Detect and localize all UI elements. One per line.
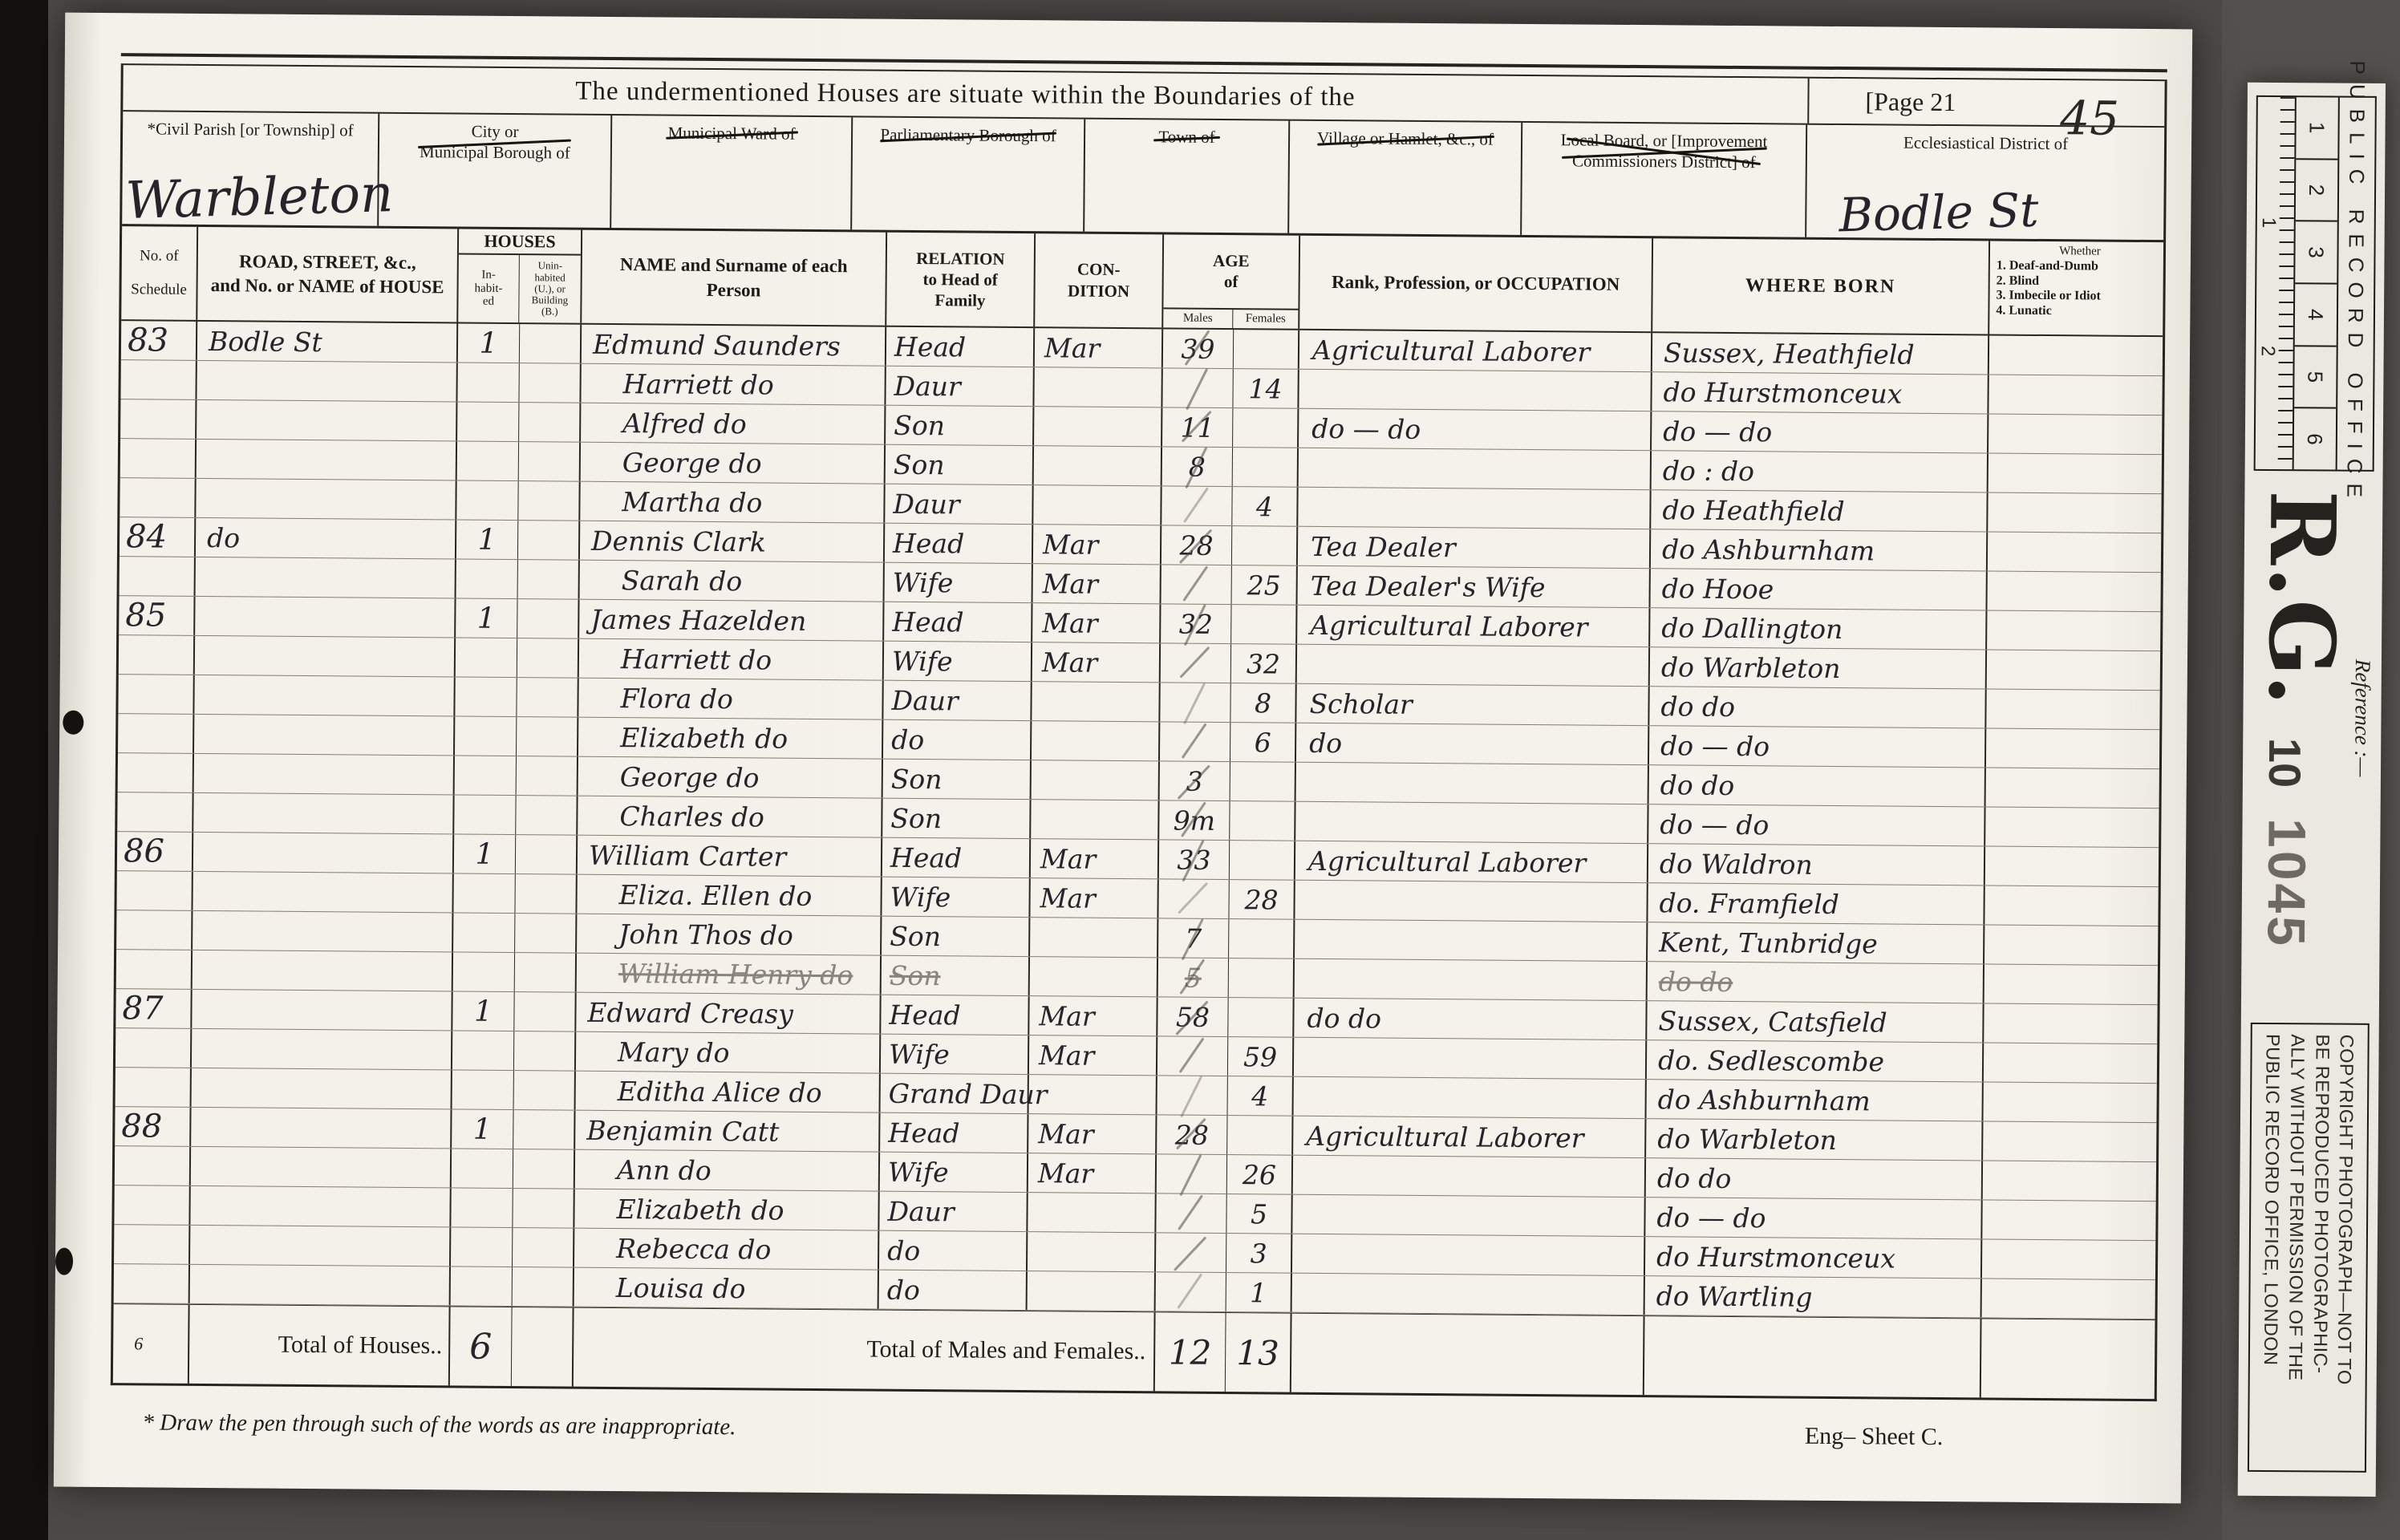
infirmity: [1983, 1082, 2156, 1122]
houses-uninhabited: [517, 717, 578, 756]
age-female: 4: [1232, 487, 1298, 526]
condition: [1029, 1075, 1157, 1114]
occupation: [1298, 488, 1651, 529]
houses-uninhabited: [519, 442, 581, 481]
condition: Mar: [1029, 1035, 1157, 1075]
col-header-condition: CON- DITION: [1035, 233, 1164, 327]
person-name: Harriett do: [579, 639, 884, 680]
schedule-number: [114, 1225, 190, 1264]
condition: [1034, 407, 1162, 446]
schedule-number: [120, 439, 197, 478]
schedule-number: [120, 478, 196, 517]
entries: 83 Bodle St 1 Edmund Saunders Head Mar 3…: [114, 321, 2163, 1319]
age-female: 28: [1229, 880, 1295, 919]
condition: Mar: [1033, 564, 1161, 603]
age-male: 28: [1157, 1115, 1227, 1154]
houses-inhabited: [451, 1188, 513, 1227]
where-born: do do: [1649, 687, 1986, 727]
houses-inhabited: [454, 795, 516, 834]
col-header-schedule: No. of Schedule: [121, 226, 198, 320]
condition: Mar: [1033, 525, 1161, 564]
occupation: [1296, 763, 1649, 804]
infirmity: [1987, 650, 2160, 690]
houses-uninhabited: [514, 1071, 576, 1110]
road-name: [194, 754, 455, 795]
condition: [1032, 760, 1160, 800]
houses-uninhabited: [516, 796, 578, 835]
age-female: [1232, 526, 1298, 565]
schedule-number: [120, 557, 196, 596]
condition: [1032, 682, 1160, 721]
total-females-value: 13: [1226, 1313, 1292, 1392]
houses-uninhabited: [515, 874, 577, 914]
condition: [1030, 957, 1158, 996]
houses-uninhabited: [513, 1110, 575, 1149]
relation: do: [883, 720, 1032, 760]
where-born: do — do: [1652, 411, 1989, 452]
condition: Mar: [1032, 642, 1161, 682]
age-female: 32: [1231, 644, 1297, 683]
relation: do: [879, 1231, 1028, 1270]
age-female: 25: [1232, 565, 1298, 605]
infirmity: [1982, 1239, 2155, 1279]
age-male: 9m: [1159, 800, 1230, 840]
relation: Head: [885, 524, 1033, 563]
infirmity: [1987, 610, 2160, 650]
age-female: [1233, 448, 1299, 487]
age-male: [1156, 1193, 1226, 1233]
age-female: 14: [1233, 369, 1299, 408]
houses-inhabited: [453, 952, 515, 991]
person-name: Dennis Clark: [580, 521, 885, 562]
schedule-number: [119, 635, 195, 675]
person-name: Eliza. Ellen do: [577, 875, 882, 916]
col-header-road: ROAD, STREET, &c., and No. or NAME of HO…: [197, 227, 459, 322]
age-female: 4: [1228, 1076, 1294, 1116]
relation: Son: [886, 445, 1034, 484]
occupation: [1295, 959, 1648, 1000]
where-born: do Ashburnham: [1651, 529, 1988, 570]
infirmity: [1985, 807, 2159, 847]
age-female: [1229, 919, 1295, 958]
where-born: do — do: [1648, 804, 1985, 845]
houses-inhabited: 1: [454, 834, 516, 873]
age-male: 11: [1162, 407, 1233, 447]
relation: Head: [886, 327, 1035, 367]
relation: Daur: [883, 681, 1032, 720]
houses-uninhabited: [515, 914, 577, 953]
road-name: [195, 636, 456, 677]
census-form: The undermentioned Houses are situate wi…: [110, 53, 2167, 1453]
road-name: [193, 911, 453, 952]
person-name: Elizabeth do: [574, 1189, 879, 1230]
field-town: Town of: [1084, 120, 1290, 233]
houses-inhabited: 1: [456, 520, 518, 559]
person-name: George do: [581, 443, 886, 484]
houses-inhabited: 1: [456, 598, 517, 638]
person-name: Edmund Saunders: [582, 325, 886, 366]
occupation: [1299, 370, 1652, 411]
occupation: [1299, 448, 1652, 489]
reference-item: 1045: [2256, 818, 2317, 949]
houses-inhabited: 1: [452, 991, 514, 1031]
condition: Mar: [1030, 878, 1158, 918]
age-male: [1157, 1036, 1228, 1076]
where-born: do Ashburnham: [1646, 1080, 1983, 1121]
schedule-number: [116, 950, 193, 989]
where-born: Sussex, Catsfield: [1647, 1001, 1984, 1042]
occupation: do — do: [1299, 409, 1652, 450]
footnote: * Draw the pen through such of the words…: [110, 1409, 736, 1441]
occupation: [1295, 802, 1648, 843]
total-males-females-label: Total of Males and Females..: [574, 1308, 1156, 1392]
age-male: [1161, 565, 1232, 604]
where-born: do Hurstmonceux: [1645, 1237, 1982, 1278]
infirmity: [1989, 414, 2162, 454]
occupation: Agricultural Laborer: [1295, 841, 1648, 882]
schedule-number: [118, 675, 194, 714]
infirmity: [1982, 1279, 2155, 1319]
condition: Mar: [1029, 996, 1157, 1035]
relation: Daur: [879, 1192, 1028, 1231]
schedule-number: 86: [117, 832, 193, 871]
occupation: [1295, 920, 1648, 961]
infirmity: [1987, 571, 2160, 611]
houses-uninhabited: [513, 1149, 575, 1189]
houses-uninhabited: [514, 992, 576, 1031]
road-name: do: [196, 518, 456, 559]
schedule-number: [118, 714, 194, 753]
houses-uninhabited: [513, 1228, 574, 1267]
col-header-inhabited: In- habit- ed: [458, 254, 520, 322]
houses-uninhabited: [517, 638, 579, 678]
age-male: 39: [1163, 329, 1234, 368]
where-born: do Wartling: [1645, 1276, 1982, 1317]
schedule-number: 83: [121, 321, 197, 360]
infirmity: [1985, 846, 2159, 886]
houses-inhabited: [457, 402, 519, 441]
relation: Son: [882, 917, 1030, 956]
occupation: do: [1296, 723, 1649, 764]
houses-inhabited: [452, 1149, 513, 1188]
ruler-ticks: 1 2: [2256, 97, 2295, 469]
field-local-board: Local Board, or [Improvement Commissione…: [1522, 123, 1807, 237]
houses-inhabited: [452, 1070, 514, 1109]
schedule-number: [114, 1185, 190, 1225]
road-name: [193, 793, 454, 834]
person-name: Rebecca do: [574, 1229, 879, 1270]
infirmity: [1984, 1043, 2157, 1083]
relation: Son: [886, 406, 1034, 445]
relation: Son: [882, 799, 1031, 838]
road-name: Bodle St: [197, 322, 458, 363]
occupation: [1292, 1234, 1645, 1275]
person-name: Flora do: [578, 679, 883, 719]
schedule-number: [117, 792, 193, 832]
age-female: [1231, 605, 1297, 644]
houses-inhabited: [451, 1227, 513, 1266]
condition: [1030, 918, 1158, 957]
page-number-box: [Page 21: [1807, 79, 2164, 126]
houses-inhabited: [453, 913, 515, 952]
houses-uninhabited: [514, 1031, 576, 1071]
houses-inhabited: [455, 716, 517, 756]
person-name: Charles do: [578, 796, 882, 837]
infirmity: [1986, 728, 2159, 768]
age-female: [1233, 408, 1299, 448]
relation: Daur: [885, 484, 1033, 524]
totals-margin-mark: 6: [113, 1304, 190, 1384]
infirmity: [1984, 964, 2158, 1004]
total-of-houses-label: Total of Houses..: [189, 1305, 451, 1386]
col-header-uninhabited: Unin- habited (U.), or Building (B.): [519, 255, 581, 323]
where-born: do Hurstmonceux: [1652, 372, 1989, 413]
condition: Mar: [1035, 328, 1163, 367]
age-male: 5: [1158, 958, 1229, 997]
person-name: Editha Alice do: [576, 1072, 881, 1112]
person-name: Mary do: [576, 1032, 881, 1073]
occupation: Tea Dealer's Wife: [1298, 566, 1651, 607]
age-female: 5: [1226, 1194, 1292, 1234]
houses-uninhabited: [515, 953, 577, 992]
road-name: [193, 833, 454, 873]
where-born: do Heathfield: [1651, 490, 1988, 531]
field-municipal-borough: City or Municipal Borough of: [379, 114, 612, 228]
schedule-number: 84: [120, 517, 196, 557]
infirmity: [1988, 532, 2161, 572]
person-name: William Henry do: [577, 954, 882, 995]
condition: [1028, 1193, 1156, 1232]
condition: Mar: [1032, 603, 1161, 642]
houses-inhabited: [457, 363, 519, 402]
col-header-houses: HOUSES In- habit- ed Unin- habited (U.),…: [458, 229, 582, 322]
schedule-number: [114, 1264, 190, 1303]
where-born: do do: [1649, 765, 1986, 806]
condition: [1034, 446, 1162, 485]
occupation: do do: [1294, 999, 1647, 1039]
person-name: John Thos do: [577, 914, 882, 955]
field-ecclesiastical-district: Ecclesiastical District of Bodle St: [1806, 125, 2164, 240]
infirmity: [1986, 768, 2159, 808]
occupation: [1294, 1038, 1647, 1079]
scan-artifact: [63, 711, 83, 735]
occupation: [1295, 881, 1648, 922]
relation: Daur: [886, 367, 1034, 406]
road-name: [193, 872, 453, 913]
occupation: Agricultural Laborer: [1293, 1116, 1646, 1157]
age-male: [1158, 879, 1229, 918]
where-born: Kent, Tunbridge: [1648, 922, 1984, 963]
age-male: [1160, 722, 1230, 761]
relation: Wife: [882, 877, 1030, 917]
road-name: [190, 1226, 451, 1266]
relation: Wife: [880, 1153, 1028, 1192]
condition: Mar: [1028, 1153, 1157, 1193]
infirmity: [1989, 375, 2162, 415]
houses-inhabited: 1: [458, 323, 520, 363]
col-header-males: Males: [1163, 309, 1233, 328]
relation: Head: [882, 838, 1031, 877]
pro-ruler: PUBLIC RECORD OFFICE 1 2 3 4 5 6 1 2: [2254, 95, 2377, 472]
infirmity: [1983, 1121, 2156, 1161]
col-header-infirmity: Whether 1. Deaf-and-Dumb 2. Blind 3. Imb…: [1989, 241, 2163, 335]
col-header-age: AGE of Males Females: [1163, 234, 1300, 328]
houses-uninhabited: [517, 678, 578, 717]
person-name: Harriett do: [581, 364, 886, 405]
age-female: 59: [1228, 1037, 1294, 1076]
copyright-notice: COPYRIGHT PHOTOGRAPH—NOT TO BE REPRODUCE…: [2248, 1023, 2370, 1473]
col-header-females: Females: [1233, 310, 1298, 329]
age-female: 1: [1226, 1273, 1292, 1312]
road-name: [190, 1186, 451, 1227]
total-males-value: 12: [1155, 1312, 1226, 1392]
houses-inhabited: 1: [452, 1109, 513, 1149]
road-name: [197, 440, 457, 480]
field-village-hamlet: Village or Hamlet, &c., of: [1289, 121, 1522, 235]
condition: Mar: [1031, 839, 1159, 878]
where-born: do Dallington: [1650, 608, 1987, 649]
occupation: Tea Dealer: [1298, 527, 1651, 568]
reference-series: R.G.: [2248, 490, 2355, 708]
person-name: Benjamin Catt: [575, 1111, 880, 1152]
age-male: [1161, 486, 1232, 525]
where-born: do. Sedlescombe: [1647, 1040, 1984, 1081]
houses-inhabited: [455, 756, 517, 795]
scan-artifact: [55, 1248, 73, 1275]
houses-uninhabited: [518, 481, 580, 521]
schedule-number: [120, 360, 197, 399]
where-born: do Warbleton: [1646, 1119, 1983, 1160]
occupation: [1293, 1156, 1646, 1197]
age-female: [1230, 762, 1296, 801]
where-born: do — do: [1649, 726, 1986, 767]
age-male: [1156, 1272, 1226, 1311]
ruler-scale-cells: 1 2 3 4 5 6: [2293, 97, 2338, 469]
schedule-number: 87: [116, 989, 192, 1028]
person-name: Elizabeth do: [578, 718, 883, 759]
occupation: Scholar: [1296, 684, 1649, 725]
schedule-number: [118, 753, 194, 792]
schedule-number: [115, 1146, 191, 1185]
houses-inhabited: [456, 638, 517, 677]
houses-inhabited: [456, 559, 518, 598]
houses-uninhabited: [520, 324, 582, 363]
age-female: 3: [1226, 1234, 1292, 1273]
infirmity: [1989, 453, 2162, 493]
schedule-number: [116, 910, 193, 950]
person-name: Sarah do: [580, 561, 885, 602]
field-parliamentary-borough: Parliamentary Borough of: [852, 117, 1085, 231]
pro-reference-strip: PUBLIC RECORD OFFICE 1 2 3 4 5 6 1 2 Ref…: [2238, 83, 2386, 1497]
civil-parish-value: Warbleton: [124, 162, 394, 233]
houses-inhabited: [451, 1266, 513, 1306]
person-name: James Hazelden: [579, 600, 884, 641]
road-name: [192, 1029, 452, 1070]
occupation: [1292, 1195, 1645, 1236]
age-female: 8: [1230, 683, 1296, 723]
condition: [1032, 721, 1160, 760]
houses-inhabited: [456, 480, 518, 520]
age-male: [1161, 643, 1231, 683]
road-name: [192, 990, 452, 1031]
houses-uninhabited: [519, 403, 581, 442]
schedule-number: [116, 871, 193, 910]
census-page: 45 The undermentioned Houses are situate…: [54, 13, 2192, 1504]
condition: [1034, 367, 1162, 407]
age-female: [1227, 1116, 1293, 1155]
houses-inhabited: [455, 677, 517, 716]
road-name: [196, 557, 456, 598]
where-born: do do: [1648, 962, 1984, 1003]
infirmity: [1984, 885, 2158, 926]
person-name: William Carter: [578, 836, 882, 877]
houses-inhabited: [452, 1031, 514, 1070]
houses-uninhabited: [517, 756, 578, 796]
road-name: [197, 400, 457, 441]
houses-uninhabited: [519, 363, 581, 403]
relation: Head: [881, 995, 1029, 1035]
reference-block: Reference :— R.G. 10 1045: [2246, 490, 2378, 1004]
relation: Grand Daur: [881, 1074, 1029, 1113]
road-name: [196, 479, 456, 520]
person-name: Edward Creasy: [576, 993, 881, 1034]
condition: [1028, 1271, 1156, 1311]
occupation: Agricultural Laborer: [1299, 330, 1652, 371]
field-municipal-ward: Municipal Ward of: [611, 115, 853, 229]
road-name: [193, 950, 453, 991]
schedule-number: [120, 399, 197, 439]
relation: Head: [880, 1113, 1028, 1153]
road-name: [195, 597, 456, 638]
sheet-label: Eng– Sheet C.: [1805, 1423, 2152, 1453]
ecclesiastical-district-value: Bodle St: [1838, 180, 2039, 244]
relation: Wife: [884, 642, 1032, 681]
pro-office-label: PUBLIC RECORD OFFICE: [2336, 98, 2375, 470]
relation: Wife: [885, 563, 1033, 602]
boundary-fields-row: *Civil Parish [or Township] of Warbleton…: [122, 111, 2164, 242]
total-of-houses-value: 6: [450, 1307, 513, 1386]
houses-uninhabited: [513, 1189, 574, 1228]
road-name: [192, 1068, 452, 1109]
where-born: do Waldron: [1648, 844, 1985, 885]
where-born: do do: [1646, 1158, 1983, 1199]
col-header-name: NAME and Surname of each Person: [582, 230, 887, 326]
col-header-occupation: Rank, Profession, or OCCUPATION: [1299, 236, 1653, 331]
age-female: 26: [1227, 1155, 1293, 1194]
road-name: [194, 715, 455, 756]
houses-uninhabited: [516, 835, 578, 874]
col-header-where-born: WHERE BORN: [1652, 238, 1990, 334]
schedule-number: [116, 1028, 192, 1068]
where-born: do. Framfield: [1648, 883, 1984, 924]
road-name: [191, 1108, 452, 1149]
relation: Son: [882, 956, 1030, 995]
field-civil-parish: *Civil Parish [or Township] of Warbleton: [122, 111, 379, 226]
person-name: Alfred do: [581, 403, 886, 444]
road-name: [190, 1265, 451, 1306]
age-female: 6: [1230, 723, 1296, 762]
infirmity: [1984, 1003, 2157, 1044]
age-female: [1230, 841, 1295, 880]
houses-inhabited: [453, 873, 515, 913]
infirmity: [1983, 1161, 2156, 1201]
relation: Son: [883, 760, 1032, 799]
where-born: do Warbleton: [1650, 647, 1987, 688]
condition: Mar: [1028, 1114, 1157, 1153]
houses-uninhabited: [517, 599, 579, 638]
infirmity: [1982, 1200, 2155, 1240]
person-name: Martha do: [580, 482, 885, 523]
